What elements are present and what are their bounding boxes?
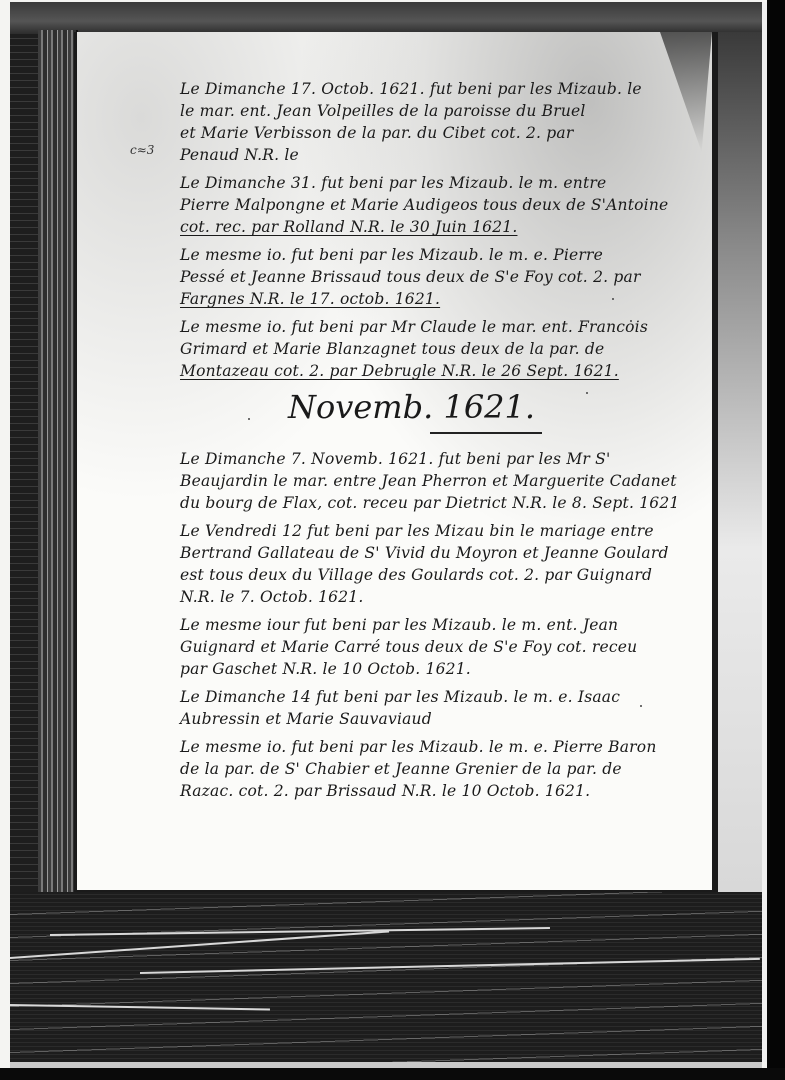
entry-line: Aubressin et Marie Sauvaviaud <box>180 708 640 730</box>
marriage-entry: Le Dimanche 31. fut beni par les Mizaub.… <box>180 172 640 238</box>
scanned-register-page: c≈3 Le Dimanche 17. Octob. 1621. fut ben… <box>0 0 785 1080</box>
entry-line: Pierre Malpongne et Marie Audigeos tous … <box>180 194 640 216</box>
scan-speck <box>640 705 642 707</box>
entry-line: Le mesme io. fut beni par Mr Claude le m… <box>180 316 640 338</box>
entry-line: Penaud N.R. le <box>180 144 640 166</box>
entry-line: Guignard et Marie Carré tous deux de S'e… <box>180 636 640 658</box>
marriage-entry: Le Dimanche 14 fut beni par les Mizaub. … <box>180 686 640 730</box>
entry-line: de la par. de S' Chabier et Jeanne Greni… <box>180 758 640 780</box>
entry-line: Le mesme io. fut beni par les Mizaub. le… <box>180 244 640 266</box>
scan-streak <box>140 958 760 974</box>
margin-annotation: c≈3 <box>130 143 154 157</box>
heading-underline <box>430 432 542 434</box>
month-heading: Novemb. 1621. <box>288 388 535 426</box>
book-lower-area <box>10 892 762 1062</box>
scan-speck <box>248 418 250 420</box>
marriage-entry: Le Dimanche 7. Novemb. 1621. fut beni pa… <box>180 448 640 514</box>
marriage-entry: Le Dimanche 17. Octob. 1621. fut beni pa… <box>180 78 640 166</box>
entry-line: Le Dimanche 7. Novemb. 1621. fut beni pa… <box>180 448 640 470</box>
entry-line: Le mesme io. fut beni par les Mizaub. le… <box>180 736 640 758</box>
entry-line: Pessé et Jeanne Brissaud tous deux de S'… <box>180 266 640 288</box>
book-binding-edge <box>38 30 78 895</box>
entry-line: Fargnes N.R. le 17. octob. 1621. <box>180 288 640 310</box>
adjacent-page-strip <box>712 32 762 892</box>
entry-line: par Gaschet N.R. le 10 Octob. 1621. <box>180 658 640 680</box>
entry-line: Le Vendredi 12 fut beni par les Mizau bi… <box>180 520 640 542</box>
entry-line: du bourg de Flax, cot. receu par Dietric… <box>180 492 640 514</box>
entry-line: Razac. cot. 2. par Brissaud N.R. le 10 O… <box>180 780 640 802</box>
marriage-entry: Le mesme io. fut beni par les Mizaub. le… <box>180 244 640 310</box>
entry-line: Grimard et Marie Blanzagnet tous deux de… <box>180 338 640 360</box>
register-entries-october: Le Dimanche 17. Octob. 1621. fut beni pa… <box>180 78 640 388</box>
scan-streak <box>50 927 550 936</box>
page-fold-line <box>712 32 718 894</box>
scan-streak <box>10 1004 270 1011</box>
scan-border-bottom <box>0 1068 785 1080</box>
entry-line: le mar. ent. Jean Volpeilles de la paroi… <box>180 100 640 122</box>
entry-line: et Marie Verbisson de la par. du Cibet c… <box>180 122 640 144</box>
entry-line: Montazeau cot. 2. par Debrugle N.R. le 2… <box>180 360 640 382</box>
marriage-entry: Le mesme iour fut beni par les Mizaub. l… <box>180 614 640 680</box>
entry-line: Le Dimanche 31. fut beni par les Mizaub.… <box>180 172 640 194</box>
marriage-entry: Le Vendredi 12 fut beni par les Mizau bi… <box>180 520 640 608</box>
entry-line: Le Dimanche 14 fut beni par les Mizaub. … <box>180 686 640 708</box>
entry-line: N.R. le 7. Octob. 1621. <box>180 586 640 608</box>
entry-line: Le mesme iour fut beni par les Mizaub. l… <box>180 614 640 636</box>
entry-line: Bertrand Gallateau de S' Vivid du Moyron… <box>180 542 640 564</box>
register-entries-november: Le Dimanche 7. Novemb. 1621. fut beni pa… <box>180 448 640 808</box>
scan-speck <box>612 298 614 300</box>
scan-border-top <box>10 2 762 34</box>
entry-line: cot. rec. par Rolland N.R. le 30 Juin 16… <box>180 216 640 238</box>
entry-line: est tous deux du Village des Goulards co… <box>180 564 640 586</box>
scan-speck <box>586 392 588 394</box>
scan-border-right <box>767 0 785 1080</box>
entry-line: Le Dimanche 17. Octob. 1621. fut beni pa… <box>180 78 640 100</box>
scan-speck <box>630 320 632 322</box>
marriage-entry: Le mesme io. fut beni par Mr Claude le m… <box>180 316 640 382</box>
marriage-entry: Le mesme io. fut beni par les Mizaub. le… <box>180 736 640 802</box>
entry-line: Beaujardin le mar. entre Jean Pherron et… <box>180 470 640 492</box>
